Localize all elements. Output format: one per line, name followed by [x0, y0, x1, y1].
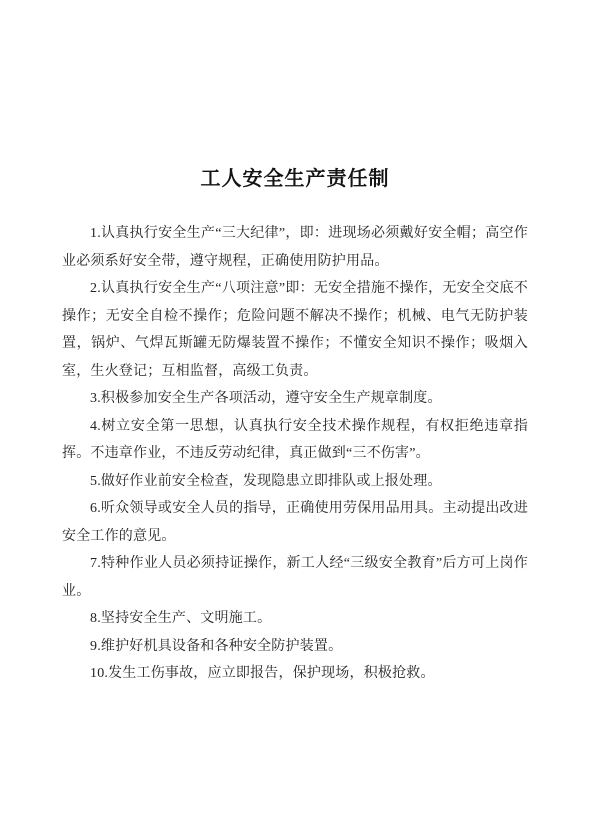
responsibility-item-4: 4.树立安全第一思想，认真执行安全技术操作规程，有权拒绝违章指挥。不违章作业，不… [62, 413, 528, 468]
responsibility-item-10: 10.发生工伤事故，应立即报告，保护现场，积极抢救。 [62, 660, 528, 688]
responsibility-item-7: 7.特种作业人员必须持证操作，新工人经“三级安全教育”后方可上岗作业。 [62, 550, 528, 605]
document-body: 1.认真执行安全生产“三大纪律”，即：进现场必须戴好安全帽；高空作业必须系好安全… [62, 220, 528, 688]
page-title: 工人安全生产责任制 [62, 166, 528, 192]
responsibility-item-1: 1.认真执行安全生产“三大纪律”，即：进现场必须戴好安全帽；高空作业必须系好安全… [62, 220, 528, 275]
document-page: 工人安全生产责任制 1.认真执行安全生产“三大纪律”，即：进现场必须戴好安全帽；… [0, 0, 590, 835]
responsibility-item-8: 8.坚持安全生产、文明施工。 [62, 605, 528, 633]
responsibility-item-6: 6.听众领导或安全人员的指导，正确使用劳保用品用具。主动提出改进安全工作的意见。 [62, 495, 528, 550]
responsibility-item-5: 5.做好作业前安全检查，发现隐患立即排队或上报处理。 [62, 468, 528, 496]
responsibility-item-9: 9.维护好机具设备和各种安全防护装置。 [62, 633, 528, 661]
responsibility-item-3: 3.积极参加安全生产各项活动，遵守安全生产规章制度。 [62, 385, 528, 413]
responsibility-item-2: 2.认真执行安全生产“八项注意”即：无安全措施不操作，无安全交底不操作；无安全自… [62, 275, 528, 385]
